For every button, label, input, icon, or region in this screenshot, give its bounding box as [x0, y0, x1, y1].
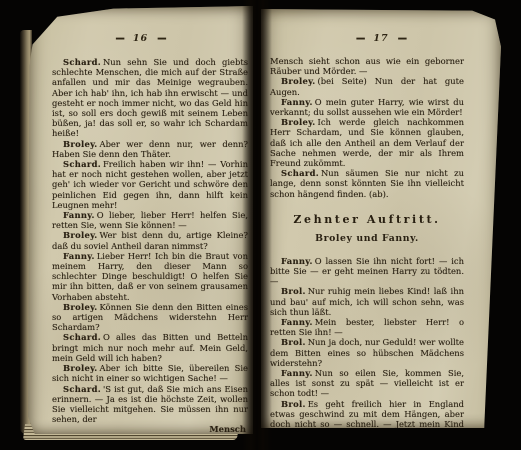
- page-header-right: — 17 —: [261, 33, 501, 44]
- dialogue-paragraph: Brol.Nun ja doch, nur Geduld! wer wollte…: [270, 337, 464, 368]
- dialogue-paragraph: Brol.Nur ruhig mein liebes Kind! laß ihn…: [270, 286, 464, 317]
- page-header-left: — 16 —: [28, 33, 253, 44]
- dialogue-paragraph: Broley.Aber ich bitte Sie, übereilen Sie…: [52, 363, 248, 383]
- speaker-name: Fanny.: [63, 210, 95, 220]
- scene-heading: Zehnter Auftritt.: [270, 213, 464, 226]
- dialogue-text: Mensch sieht schon aus wie ein geborner …: [270, 56, 464, 76]
- dialogue-paragraph: Schard.'S ist gut, daß Sie mich ans Eise…: [52, 384, 248, 425]
- speaker-name: Brol.: [281, 286, 306, 296]
- speaker-name: Schard.: [281, 168, 319, 178]
- open-book-photo: — 16 — Schard.Nun sehn Sie und doch gieb…: [0, 0, 521, 450]
- speaker-name: Fanny.: [281, 368, 313, 378]
- dialogue-paragraph: Schard.Freilich haben wir ihn! — Vorhin …: [52, 159, 248, 210]
- page-number-right: 17: [373, 33, 388, 44]
- header-dash-icon: —: [356, 29, 365, 48]
- speaker-name: Fanny.: [281, 256, 313, 266]
- speaker-name: Broley.: [281, 76, 316, 86]
- dialogue-paragraph: Broley.Ich werde gleich nachkommen Herr …: [270, 117, 464, 168]
- header-dash-icon: —: [398, 29, 407, 48]
- header-dash-icon: —: [115, 29, 124, 48]
- dialogue-paragraph: Fanny.O lassen Sie ihn nicht fort! — ich…: [270, 256, 464, 287]
- dialogue-paragraph: Fanny.O mein guter Harry, wie wirst du v…: [270, 97, 464, 117]
- speaker-name: Broley.: [63, 363, 98, 373]
- dialogue-paragraph: Mensch sieht schon aus wie ein geborner …: [270, 56, 464, 76]
- speaker-name: Schard.: [63, 57, 101, 67]
- scene-characters: Broley und Fanny.: [270, 233, 464, 244]
- right-page-text-bottom: Fanny.O lassen Sie ihn nicht fort! — ich…: [270, 256, 464, 440]
- dialogue-paragraph: Broley.(bei Seite) Nun der hat gute Auge…: [270, 76, 464, 96]
- dialogue-paragraph: Fanny.Mein bester, liebster Herr! o rett…: [270, 317, 464, 337]
- speaker-name: Schard.: [63, 384, 101, 394]
- catchword: Mensch: [28, 424, 246, 434]
- speaker-name: Broley.: [281, 117, 316, 127]
- dialogue-paragraph: Fanny.Nun so eilen Sie, kommen Sie, alle…: [270, 368, 464, 399]
- speaker-name: Brol.: [281, 337, 306, 347]
- speaker-name: Broley.: [63, 302, 98, 312]
- speaker-name: Brol.: [281, 399, 306, 409]
- header-dash-icon: —: [157, 29, 166, 48]
- speaker-name: Schard.: [63, 159, 101, 169]
- speaker-name: Fanny.: [63, 251, 95, 261]
- speaker-name: Broley.: [63, 230, 98, 240]
- dialogue-paragraph: Broley.Wer bist denn du, artige Kleine? …: [52, 230, 248, 250]
- signature-mark: E: [261, 441, 441, 450]
- dialogue-paragraph: Brol.Es geht freilich hier in England et…: [270, 399, 464, 440]
- dialogue-paragraph: Schard.O alles das Bitten und Betteln br…: [52, 332, 248, 363]
- right-page-text-top: Mensch sieht schon aus wie ein geborner …: [270, 56, 464, 199]
- speaker-name: Schard.: [63, 332, 101, 342]
- dialogue-text: Nun sehn Sie und doch giebts schlechte M…: [52, 57, 248, 138]
- page-right: — 17 — Mensch sieht schon aus wie ein ge…: [261, 9, 501, 428]
- dialogue-paragraph: Broley.Können Sie denn den Bitten eines …: [52, 302, 248, 333]
- speaker-name: Fanny.: [281, 97, 313, 107]
- dialogue-paragraph: Schard.Nun sehn Sie und doch giebts schl…: [52, 57, 248, 139]
- speaker-name: Fanny.: [281, 317, 313, 327]
- dialogue-paragraph: Fanny.Lieber Herr! Ich bin die Braut von…: [52, 251, 248, 302]
- page-left: — 16 — Schard.Nun sehn Sie und doch gieb…: [28, 6, 253, 434]
- dialogue-paragraph: Schard.Nun säumen Sie nur nicht zu lange…: [270, 168, 464, 199]
- page-number-left: 16: [133, 33, 148, 44]
- speaker-name: Broley.: [63, 139, 98, 149]
- dialogue-paragraph: Broley.Aber wer denn nur, wer denn? Habe…: [52, 139, 248, 159]
- dialogue-paragraph: Fanny.O lieber, lieber Herr! helfen Sie,…: [52, 210, 248, 230]
- left-page-text: Schard.Nun sehn Sie und doch giebts schl…: [52, 57, 248, 424]
